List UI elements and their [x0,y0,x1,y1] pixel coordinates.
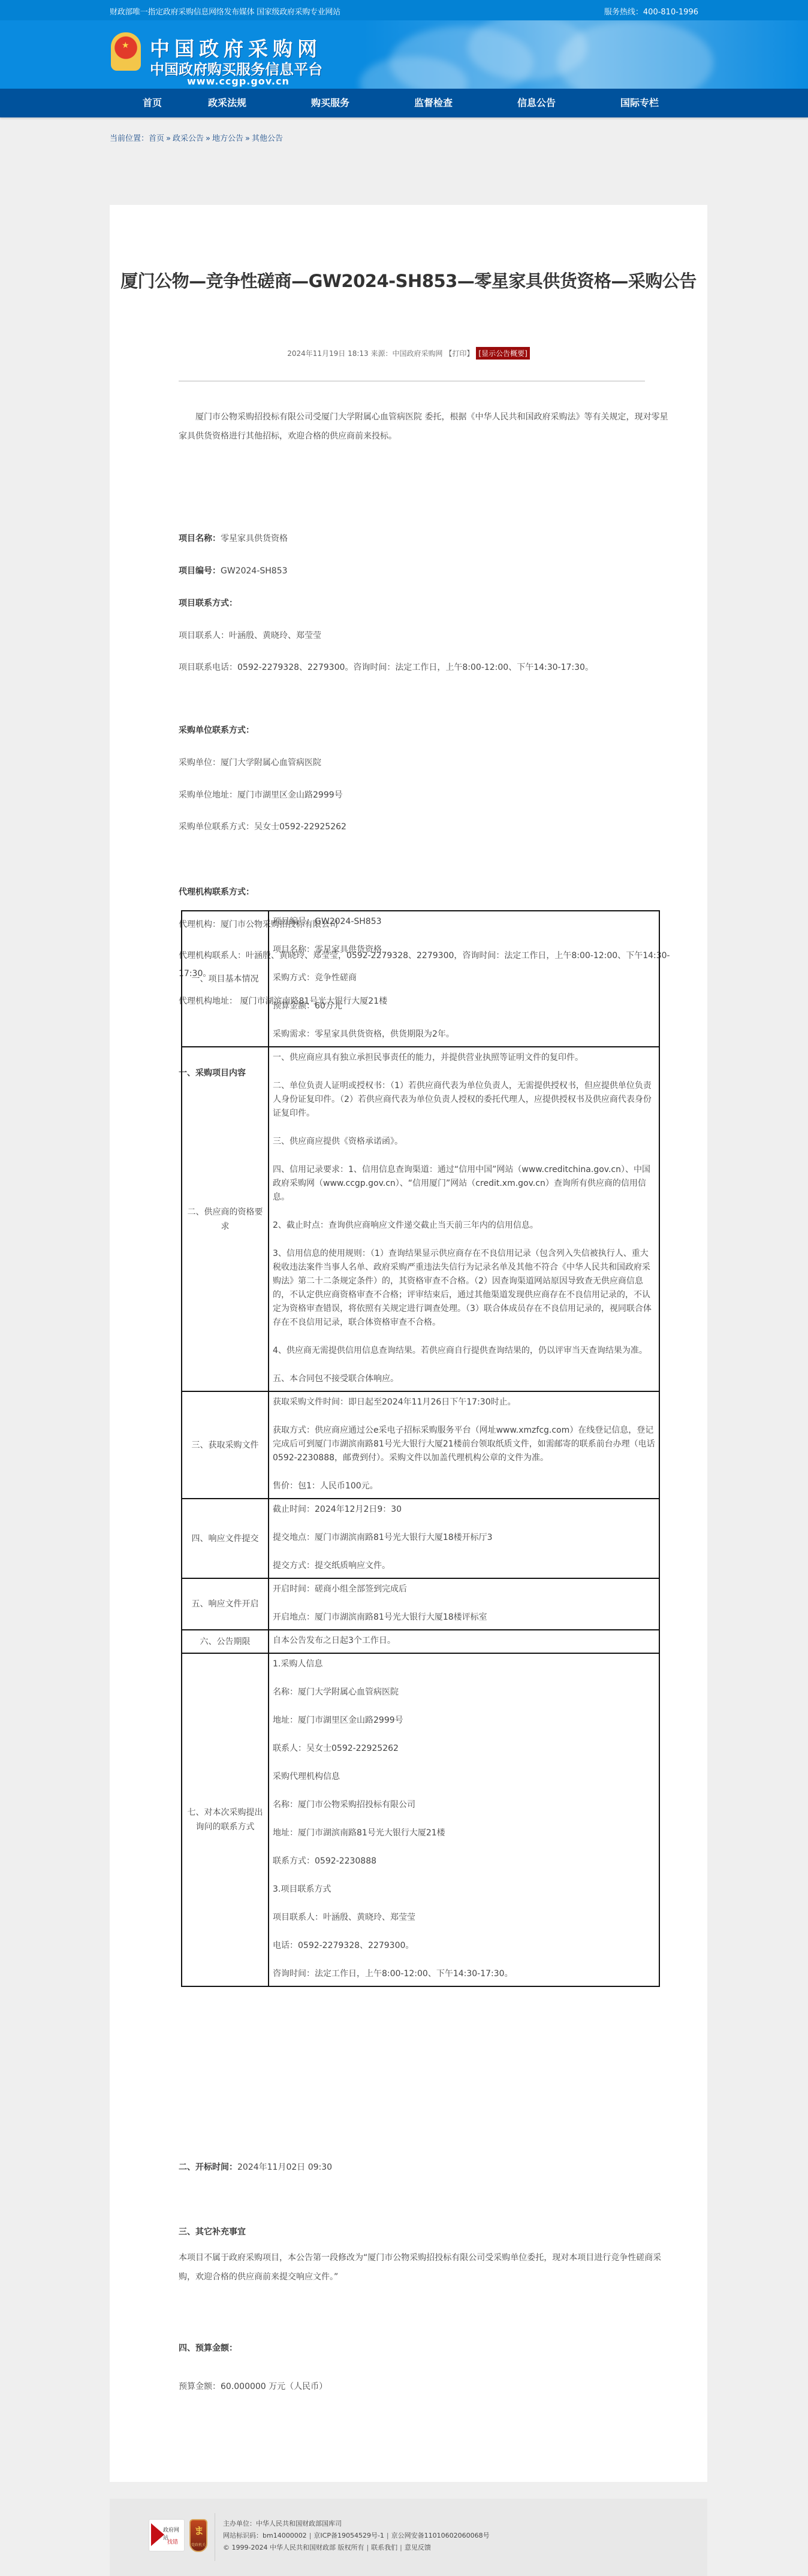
row-content: 一、供应商应具有独立承担民事责任的能力，并提供营业执照等证明文件的复印件。二、单… [269,1047,659,1391]
footer-copyright-line: © 1999-2024 中华人民共和国财政部 版权所有|联系我们|意见反馈 [223,2542,490,2554]
gov-site-error-report-badge[interactable]: 政府网站 找错 [149,2519,185,2551]
project-code-line: 项目编号：GW2024-SH853 [179,564,288,576]
row-line: 1.采购人信息 [273,1657,655,1671]
nav-item-home[interactable]: 首页 [110,89,176,117]
project-contact-phone: 项目联系电话：0592-2279328、2279300。咨询时间：法定工作日，上… [179,661,593,673]
row-line: 采购需求：零星家具供货资格，供货期限为2年。 [273,1028,655,1041]
top-strip: 财政部唯一指定政府采购信息网络发布媒体 国家级政府采购专业网站 服务热线：400… [0,0,808,20]
bid-open-line: 二、开标时间：2024年11月02日 09:30 [179,2161,332,2173]
section3-heading-text: 三、其它补充事宜 [179,2227,246,2237]
row-label: 三、获取采购文件 [182,1391,269,1499]
table-row-supplier-qualifications: 二、供应商的资格要求一、供应商应具有独立承担民事责任的能力，并提供营业执照等证明… [182,1047,659,1391]
row-line: 项目编号：GW2024-SH853 [273,915,655,929]
row-line: 开启地点：厦门市湖滨南路81号光大银行大厦18楼评标室 [273,1611,655,1624]
row-line: 采购方式：竞争性磋商 [273,971,655,985]
row-line: 获取方式：供应商应通过公e采电子招标采购服务平台（网址www.xmzfcg.co… [273,1424,655,1465]
row-line: 四、信用记录要求：1、信用信息查询渠道：通过“信用中国”网站（www.credi… [273,1163,655,1204]
section3-heading: 三、其它补充事宜 [179,2225,246,2237]
search-triangle-icon [151,2523,164,2546]
badge2-text: 党政机关 [191,2542,206,2547]
breadcrumb-home[interactable]: 首页 [149,134,164,143]
article-panel: 厦门公物—竞争性磋商—GW2024-SH853—零星家具供货资格—采购公告 20… [110,205,707,2482]
footer-police-link[interactable]: 京公网安备11010602060068号 [391,2532,490,2539]
breadcrumb-separator: » [206,134,210,143]
agency-heading: 代理机构联系方式： [179,886,254,898]
agency-heading-text: 代理机构联系方式： [179,887,254,897]
breadcrumb-separator: » [166,134,171,143]
project-name-value: 零星家具供货资格 [221,534,288,543]
party-emblem-icon: ま [194,2523,204,2537]
row-line: 联系方式：0592-2230888 [273,1855,655,1868]
row-line: 二、单位负责人证明或授权书：（1）若供应商代表为单位负责人，无需提供授权书，但应… [273,1079,655,1121]
article-meta: 2024年11月19日 18:13 来源：中国政府采购网 【打印】[显示公告概要… [110,347,707,360]
row-line: 项目名称：零星家具供货资格 [273,943,655,957]
procurement-details-table: 一、项目基本情况项目编号：GW2024-SH853项目名称：零星家具供货资格采购… [181,910,660,1987]
buyer-unit: 采购单位：厦门大学附属心血管病医院 [179,756,321,768]
article-title: 厦门公物—竞争性磋商—GW2024-SH853—零星家具供货资格—采购公告 [110,268,707,292]
row-label: 五、响应文件开启 [182,1578,269,1630]
nav-item-supervision[interactable]: 监督检查 [382,89,485,117]
row-label: 七、对本次采购提出询问的联系方式 [182,1653,269,1986]
table-row-response-opening: 五、响应文件开启开启时间：磋商小组全部签到完成后开启地点：厦门市湖滨南路81号光… [182,1578,659,1630]
section3-text: 本项目不属于政府采购项目，本公告第一段修改为“厦门市公物采购招投标有限公司受采购… [179,2248,670,2287]
badge1-bottom-text: 找错 [167,2538,178,2545]
row-line: 预算金额：60万元 [273,999,655,1013]
row-label: 六、公告期限 [182,1630,269,1653]
row-line: 售价：包1：人民币100元。 [273,1479,655,1493]
row-line: 联系人：吴女士0592-22925262 [273,1742,655,1756]
row-label: 一、项目基本情况 [182,911,269,1047]
row-line: 咨询时间：法定工作日，上午8:00-12:00、下午14:30-17:30。 [273,1967,655,1981]
footer-divider [215,2513,215,2561]
site-footer: 政府网站 找错 ま 党政机关 主办单位：中华人民共和国财政部国库司 网站标识码：… [110,2499,707,2576]
footer-site-code: 网站标识码：bm14000002 [223,2532,307,2539]
row-line: 2、截止时点：查询供应商响应文件递交截止当天前三年内的信用信息。 [273,1219,655,1233]
site-logo-url: www.ccgp.gov.cn [187,76,290,87]
row-content: 自本公告发布之日起3个工作日。 [269,1630,659,1653]
national-emblem-icon: ★ [111,32,141,71]
project-name-label: 项目名称： [179,534,221,543]
row-line: 名称：厦门大学附属心血管病医院 [273,1686,655,1699]
row-line: 地址：厦门市湖滨南路81号光大银行大厦21楼 [273,1826,655,1840]
footer-registration: 网站标识码：bm14000002|京ICP备19054529号-1|京公网安备1… [223,2530,490,2542]
table-row-basic-info: 一、项目基本情况项目编号：GW2024-SH853项目名称：零星家具供货资格采购… [182,911,659,1047]
row-line: 电话：0592-2279328、2279300。 [273,1939,655,1953]
feedback-link[interactable]: 意见反馈 [405,2544,431,2551]
show-summary-button[interactable]: [显示公告概要] [476,347,529,360]
row-line: 3.项目联系方式 [273,1883,655,1896]
cloud-decoration [557,20,713,89]
row-content: 1.采购人信息名称：厦门大学附属心血管病医院地址：厦门市湖里区金山路2999号联… [269,1653,659,1986]
row-content: 截止时间：2024年12月2日9：30提交地点：厦门市湖滨南路81号光大银行大厦… [269,1499,659,1578]
site-slogan: 财政部唯一指定政府采购信息网络发布媒体 国家级政府采购专业网站 [110,5,340,17]
row-content: 项目编号：GW2024-SH853项目名称：零星家具供货资格采购方式：竞争性磋商… [269,911,659,1047]
bid-open-time: 2024年11月02日 09:30 [237,2163,332,2172]
source-label: 来源： [371,349,393,358]
buyer-address: 采购单位地址：厦门市湖里区金山路2999号 [179,789,343,801]
table-row-announcement-period: 六、公告期限自本公告发布之日起3个工作日。 [182,1630,659,1653]
title-divider [179,380,645,382]
row-label: 四、响应文件提交 [182,1499,269,1578]
footer-icp-link[interactable]: 京ICP备19054529号-1 [313,2532,384,2539]
party-gov-agency-badge[interactable]: ま 党政机关 [189,2519,207,2552]
budget-amount: 预算金额：60.000000 万元（人民币） [179,2380,327,2392]
project-contact-person: 项目联系人：叶涵殷、黄晓玲、郑莹莹 [179,629,321,641]
publish-datetime: 2024年11月19日 18:13 [287,349,368,358]
row-line: 名称：厦门市公物采购招投标有限公司 [273,1798,655,1812]
section4-heading: 四、预算金额： [179,2342,237,2354]
row-line: 地址：厦门市湖里区金山路2999号 [273,1714,655,1728]
project-contact-heading: 项目联系方式： [179,597,237,609]
row-line: 4、供应商无需提供信用信息查询结果。若供应商自行提供查询结果的，仍以评审当天查询… [273,1344,655,1358]
service-hotline: 服务热线：400-810-1996 [604,5,698,17]
breadcrumb-prefix: 当前位置： [110,134,149,143]
row-line: 3、信用信息的使用规则：（1）查询结果显示供应商存在不良信用记录（包含列入失信被… [273,1247,655,1330]
table-row-obtain-documents: 三、获取采购文件获取采购文件时间：即日起至2024年11月26日下午17:30时… [182,1391,659,1499]
row-content: 开启时间：磋商小组全部签到完成后开启地点：厦门市湖滨南路81号光大银行大厦18楼… [269,1578,659,1630]
main-nav: 首页 政采法规 购买服务 监督检查 信息公告 国际专栏 [0,89,808,117]
buyer-contact: 采购单位联系方式：吴女士0592-22925262 [179,820,346,832]
buyer-heading-text: 采购单位联系方式： [179,726,254,735]
site-banner: ★ 中国政府采购网 中国政府购买服务信息平台 www.ccgp.gov.cn [0,20,808,89]
intro-paragraph: 厦门市公物采购招投标有限公司受厦门大学附属心血管病医院 委托，根据《中华人民共和… [179,407,670,446]
nav-item-purchase-services[interactable]: 购买服务 [279,89,382,117]
breadcrumb-gov-announcements[interactable]: 政采公告 [173,134,204,143]
footer-copyright: © 1999-2024 中华人民共和国财政部 版权所有 [223,2544,364,2551]
bid-open-label: 二、开标时间： [179,2163,237,2172]
project-code-value: GW2024-SH853 [221,566,288,576]
row-line: 提交地点：厦门市湖滨南路81号光大银行大厦18楼开标厅3 [273,1531,655,1545]
contact-us-link[interactable]: 联系我们 [371,2544,397,2551]
source-name: 中国政府采购网 [393,349,443,358]
project-name-line: 项目名称：零星家具供货资格 [179,532,288,544]
row-line: 自本公告发布之日起3个工作日。 [273,1634,655,1648]
row-line: 三、供应商应提供《资格承诺函》。 [273,1135,655,1149]
row-line: 采购代理机构信息 [273,1770,655,1784]
footer-info: 主办单位：中华人民共和国财政部国库司 网站标识码：bm14000002|京ICP… [223,2518,490,2554]
section4-heading-text: 四、预算金额： [179,2344,237,2353]
print-link[interactable]: 【打印】 [445,349,474,358]
row-line: 截止时间：2024年12月2日9：30 [273,1503,655,1517]
project-contact-heading-text: 项目联系方式： [179,599,237,608]
row-line: 获取采购文件时间：即日起至2024年11月26日下午17:30时止。 [273,1396,655,1409]
nav-item-international[interactable]: 国际专栏 [588,89,691,117]
breadcrumb-local-announcements[interactable]: 地方公告 [212,134,243,143]
row-line: 一、供应商应具有独立承担民事责任的能力，并提供营业执照等证明文件的复印件。 [273,1051,655,1065]
table-row-response-submission: 四、响应文件提交截止时间：2024年12月2日9：30提交地点：厦门市湖滨南路8… [182,1499,659,1578]
project-code-label: 项目编号： [179,566,221,576]
row-line: 五、本合同包不接受联合体响应。 [273,1372,655,1386]
footer-host: 主办单位：中华人民共和国财政部国库司 [223,2518,490,2530]
nav-item-regulations[interactable]: 政采法规 [176,89,279,117]
breadcrumb: 当前位置：首页»政采公告»地方公告»其他公告 [110,132,283,143]
row-line: 项目联系人：叶涵殷、黄晓玲、郑莹莹 [273,1911,655,1925]
buyer-heading: 采购单位联系方式： [179,724,254,736]
table-row-inquiry-contacts: 七、对本次采购提出询问的联系方式1.采购人信息名称：厦门大学附属心血管病医院地址… [182,1653,659,1986]
breadcrumb-other-announcements[interactable]: 其他公告 [252,134,283,143]
breadcrumb-separator: » [245,134,250,143]
row-line: 开启时间：磋商小组全部签到完成后 [273,1583,655,1596]
nav-item-announcements[interactable]: 信息公告 [485,89,588,117]
row-line: 提交方式：提交纸质响应文件。 [273,1559,655,1573]
row-content: 获取采购文件时间：即日起至2024年11月26日下午17:30时止。获取方式：供… [269,1391,659,1499]
row-label: 二、供应商的资格要求 [182,1047,269,1391]
